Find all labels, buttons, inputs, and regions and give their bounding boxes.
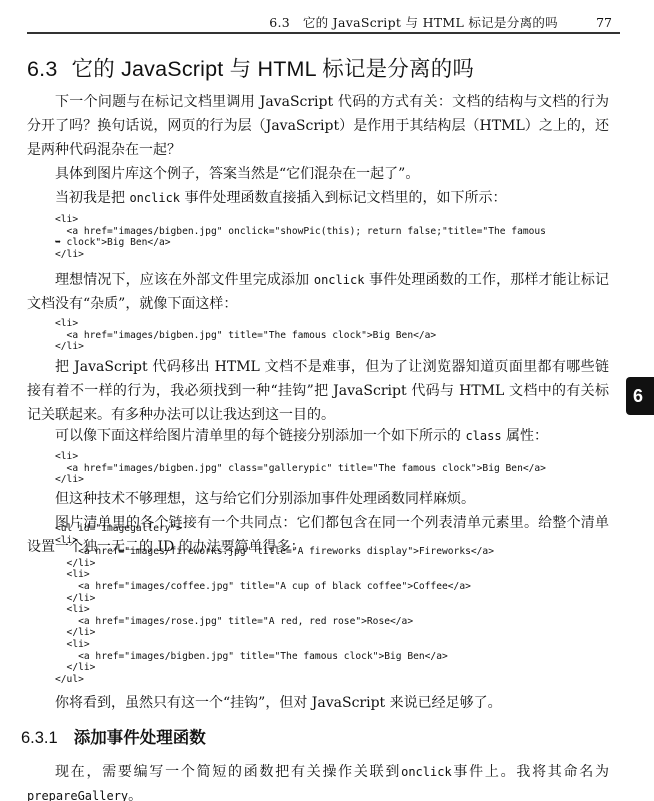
text: 事件处理函数直接插入到标记文档里的，如下所示： <box>180 190 506 206</box>
chapter-tab: 6 <box>626 377 654 415</box>
text: 现在，需要编写一个简短的函数把有关操作关联到 <box>55 764 401 780</box>
paragraph-1: 下一个问题与在标记文档里调用 JavaScript 代码的方式有关：文档的结构与… <box>27 90 609 162</box>
paragraph-2: 具体到图片库这个例子，答案当然是“它们混杂在一起了”。 <box>27 162 609 186</box>
paragraph-7: 但这种技术不够理想，这与给它们分别添加事件处理函数同样麻烦。 <box>27 487 609 511</box>
inline-code: onclick <box>129 191 180 205</box>
paragraph-4: 理想情况下，应该在外部文件里完成添加 onclick 事件处理函数的工作，那样才… <box>27 268 609 316</box>
page-number: 77 <box>596 14 612 32</box>
section-title: 6.3它的 JavaScript 与 HTML 标记是分离的吗 <box>27 52 474 83</box>
inline-code: class <box>465 429 501 443</box>
running-head-title: 6.3 它的 JavaScript 与 HTML 标记是分离的吗 <box>269 14 558 32</box>
text: 当初我是把 <box>55 190 129 206</box>
code-block-1: <li> <a href="images/bigben.jpg" onclick… <box>55 214 546 260</box>
code-block-4: <ul id="imagegallery"> <li> <a href="ima… <box>55 523 494 685</box>
running-head: 6.3 它的 JavaScript 与 HTML 标记是分离的吗 77 <box>27 12 620 34</box>
text: 属性： <box>502 428 548 444</box>
text: 事件上。我将其命名为 <box>452 764 609 780</box>
text: 理想情况下，应该在外部文件里完成添加 <box>55 272 314 288</box>
inline-code: onclick <box>314 273 365 287</box>
section-title-text: 它的 JavaScript 与 HTML 标记是分离的吗 <box>72 57 475 81</box>
paragraph-9: 你将看到，虽然只有这一个“挂钩”，但对 JavaScript 来说已经足够了。 <box>27 691 609 715</box>
paragraph-10: 现在，需要编写一个简短的函数把有关操作关联到onclick事件上。我将其命名为p… <box>27 760 609 801</box>
section-number: 6.3 <box>27 57 58 81</box>
paragraph-3: 当初我是把 onclick 事件处理函数直接插入到标记文档里的，如下所示： <box>27 186 609 210</box>
inline-code: prepareGallery <box>27 789 128 801</box>
code-block-3: <li> <a href="images/bigben.jpg" class="… <box>55 451 546 486</box>
code-block-2: <li> <a href="images/bigben.jpg" title="… <box>55 318 436 353</box>
paragraph-6: 可以像下面这样给图片清单里的每个链接分别添加一个如下所示的 class 属性： <box>27 424 609 448</box>
subsection-title-text: 添加事件处理函数 <box>74 729 206 747</box>
subsection-number: 6.3.1 <box>21 729 58 747</box>
subsection-title: 6.3.1添加事件处理函数 <box>21 724 206 748</box>
inline-code: onclick <box>401 765 452 779</box>
text: 可以像下面这样给图片清单里的每个链接分别添加一个如下所示的 <box>55 428 465 444</box>
text: 。 <box>128 788 142 801</box>
paragraph-5: 把 JavaScript 代码移出 HTML 文档不是难事，但为了让浏览器知道页… <box>27 355 609 427</box>
